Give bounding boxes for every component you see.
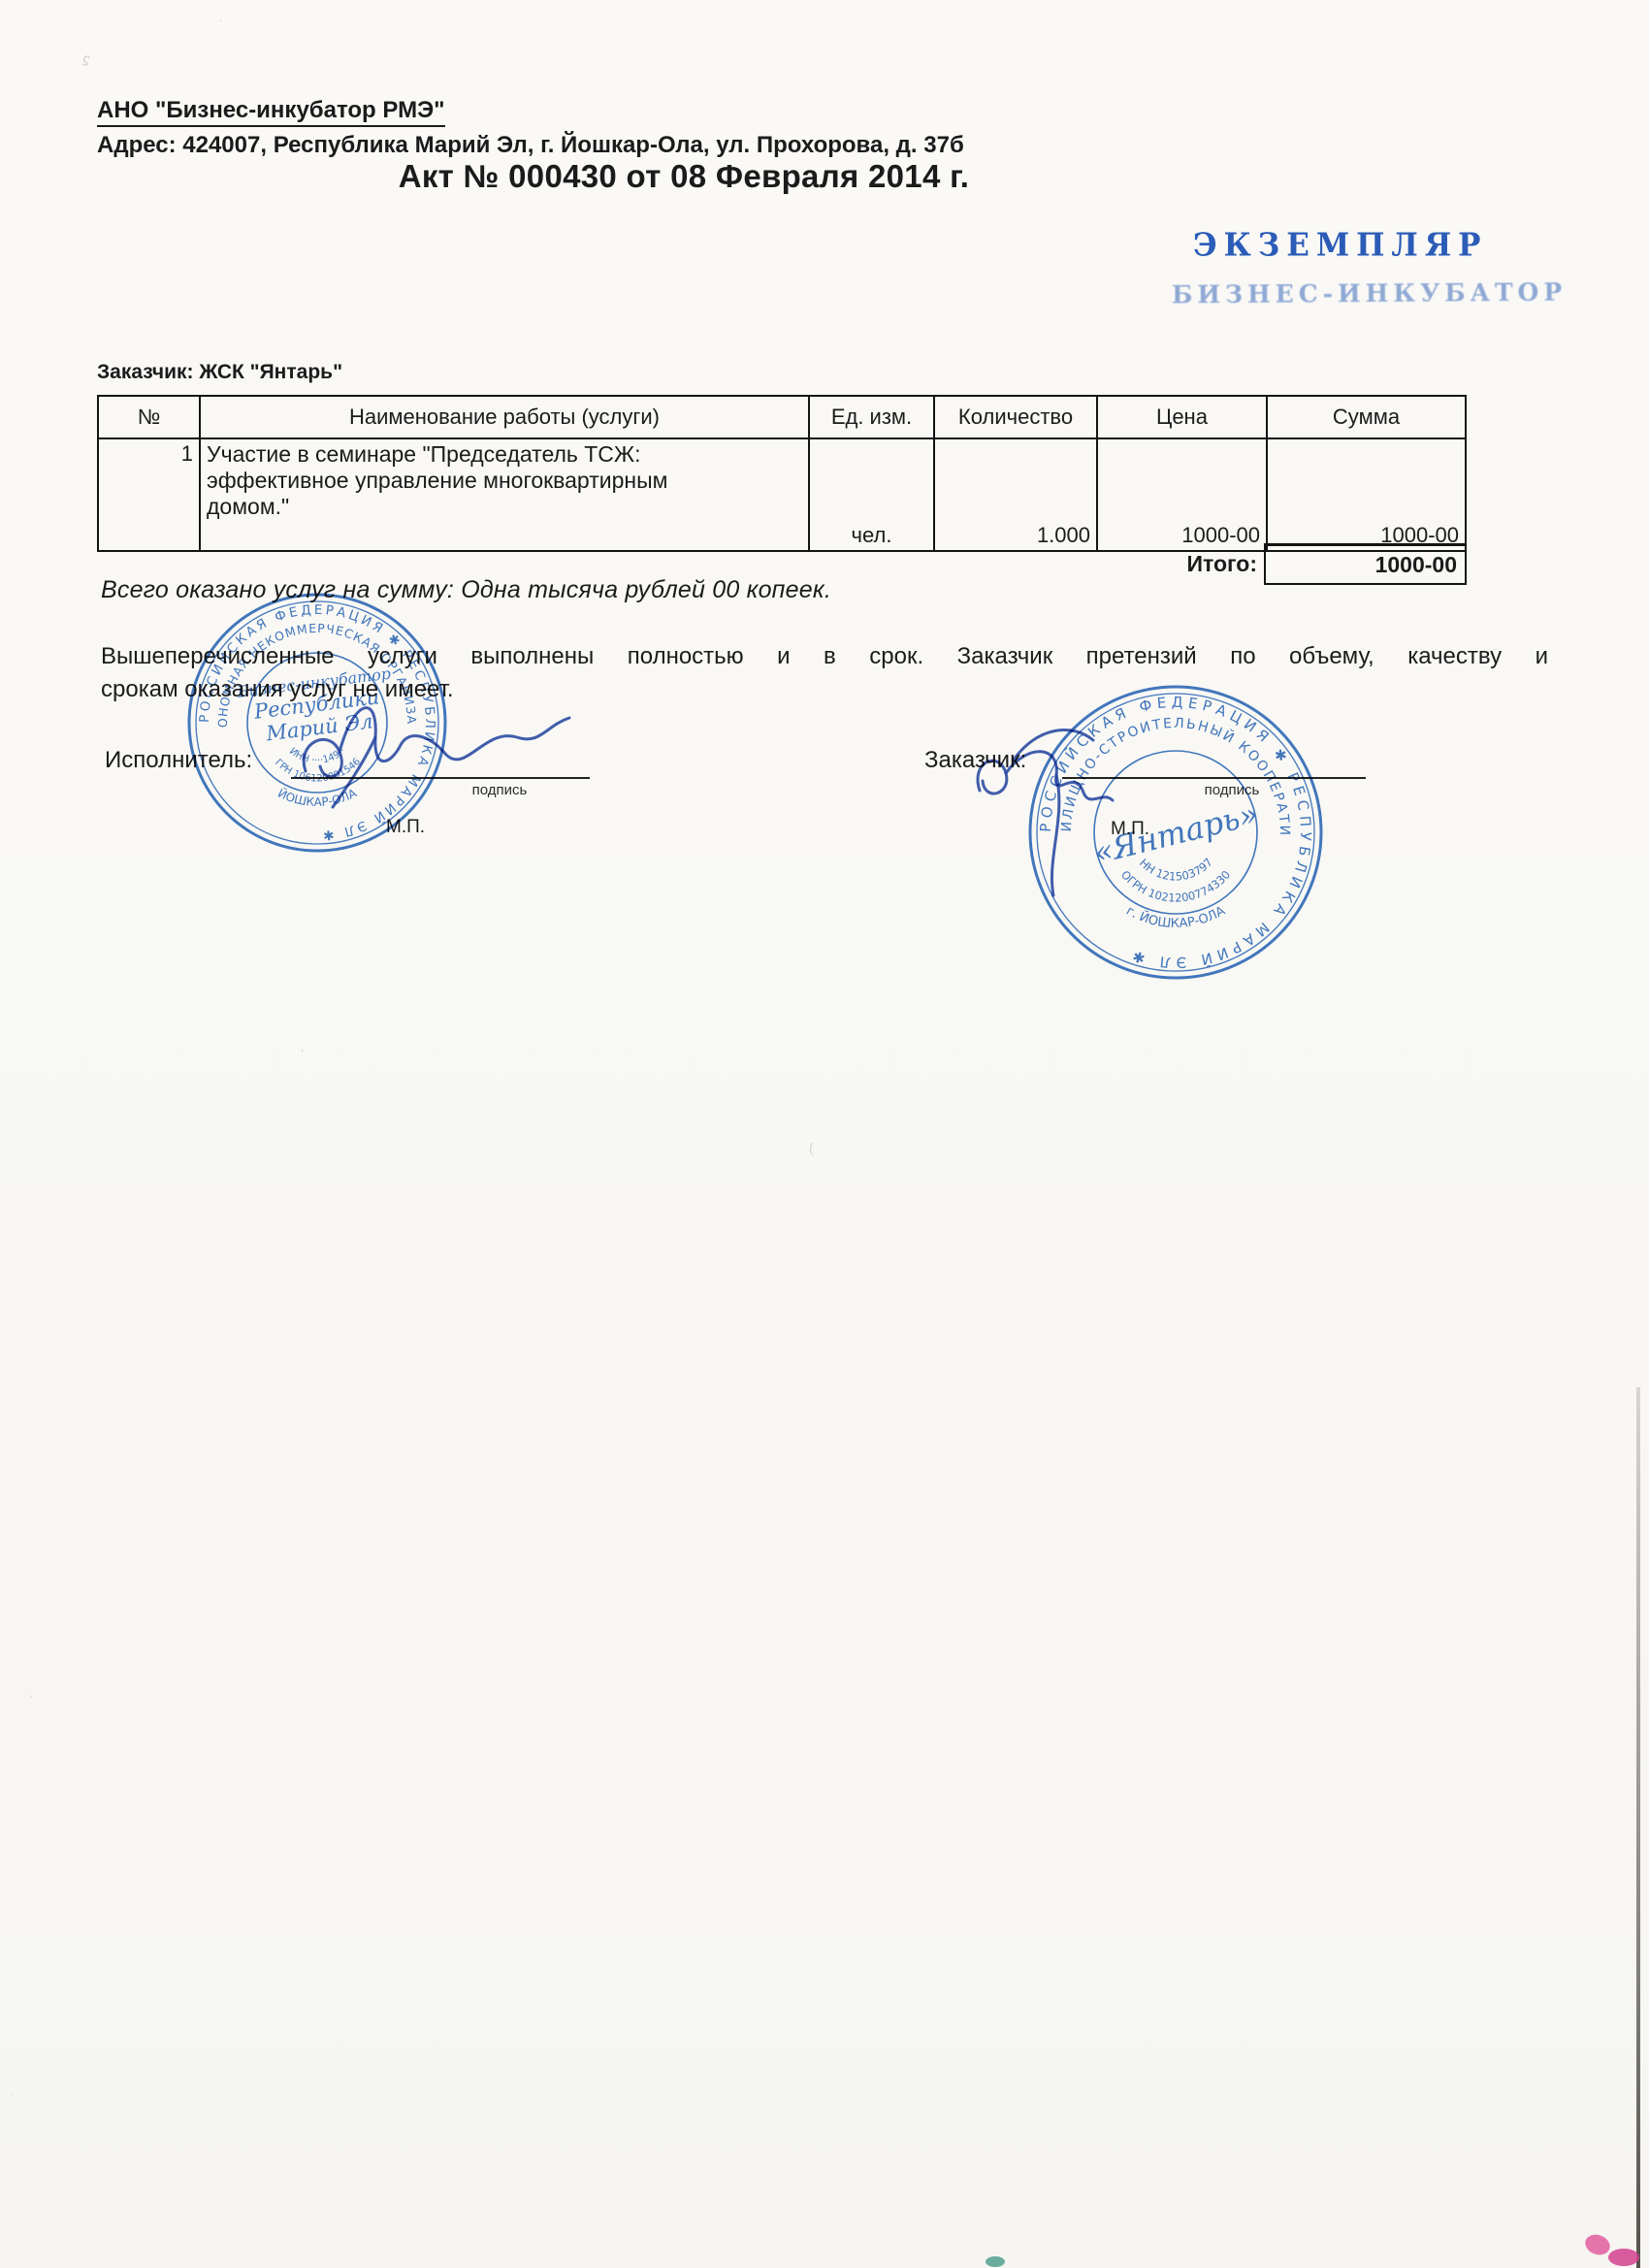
scan-speck: ϛ: [81, 49, 92, 66]
cell-qty: 1.000: [934, 438, 1097, 551]
scan-speck: (: [809, 1140, 814, 1155]
col-header-unit: Ед. изм.: [809, 396, 934, 438]
total-value: 1000-00: [1264, 543, 1467, 585]
act-title: Акт № 000430 от 08 Февраля 2014 г.: [97, 158, 1271, 195]
cell-sum: 1000-00: [1267, 438, 1466, 551]
cell-unit: чел.: [809, 438, 934, 551]
col-header-sum: Сумма: [1267, 396, 1466, 438]
col-header-qty: Количество: [934, 396, 1097, 438]
table-header-row: № Наименование работы (услуги) Ед. изм. …: [98, 396, 1466, 438]
ink-smudge-pink: [1608, 2249, 1639, 2266]
col-header-name: Наименование работы (услуги): [200, 396, 809, 438]
customer-stamp-city-text: г. ЙОШКАР-ОЛА: [1123, 904, 1228, 931]
cell-name: Участие в семинаре "Председатель ТСЖ: эф…: [200, 438, 809, 551]
scan-speck: ·: [10, 2086, 15, 2101]
customer-line: Заказчик: ЖСК "Янтарь": [97, 361, 342, 384]
scan-speck: ·: [29, 1688, 34, 1703]
cell-num: 1: [98, 438, 200, 551]
scan-speck: ‚: [301, 1038, 304, 1053]
ink-smudge-green: [986, 2256, 1005, 2267]
cell-price: 1000-00: [1097, 438, 1267, 551]
svg-text:г. ЙОШКАР-ОЛА: г. ЙОШКАР-ОЛА: [1123, 904, 1228, 931]
executor-signature: [286, 669, 597, 815]
scan-speck: ˙: [219, 17, 224, 33]
org-name: АНО "Бизнес-инкубатор РМЭ": [97, 97, 445, 127]
copy-stamp-line1: ЭКЗЕМПЛЯР: [1193, 227, 1488, 263]
org-name-text: АНО "Бизнес-инкубатор РМЭ": [97, 97, 445, 127]
col-header-price: Цена: [1097, 396, 1267, 438]
customer-signature: [955, 713, 1149, 907]
services-table: № Наименование работы (услуги) Ед. изм. …: [97, 395, 1467, 552]
page-edge-line: [1636, 1387, 1640, 2268]
col-header-num: №: [98, 396, 200, 438]
org-address: Адрес: 424007, Республика Марий Эл, г. Й…: [97, 132, 964, 159]
cell-name-text: Участие в семинаре "Председатель ТСЖ: эф…: [207, 441, 692, 520]
document-page: ϛ ˙ ‚ ( · · АНО "Бизнес-инкубатор РМЭ" А…: [0, 0, 1649, 2268]
table-row: 1 Участие в семинаре "Председатель ТСЖ: …: [98, 438, 1466, 551]
copy-stamp-line2: БИЗНЕС-ИНКУБАТОР: [1172, 278, 1567, 309]
total-label: Итого:: [1067, 551, 1257, 577]
